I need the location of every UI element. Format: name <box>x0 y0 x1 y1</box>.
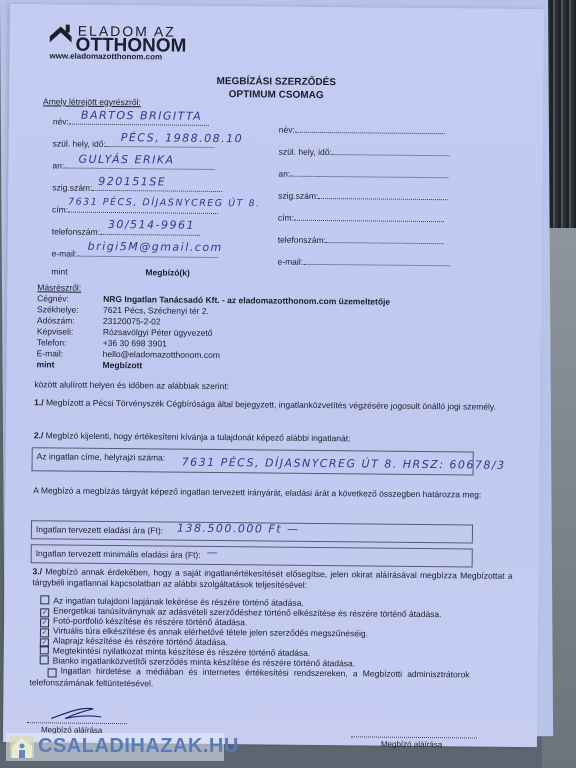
checkbox-unchecked[interactable] <box>40 655 49 664</box>
phone-value[interactable]: 30/514-9961 <box>108 218 195 232</box>
name2-input[interactable] <box>295 123 445 134</box>
tax-value: 23120075-2-02 <box>103 316 161 327</box>
id-value[interactable]: 920151SE <box>98 175 166 189</box>
clause-1: 1./ Megbízott a Pécsi Törvényszék Cégbír… <box>34 397 514 413</box>
company-phone-label: Telefon: <box>37 337 67 347</box>
name-label: név: <box>53 116 69 126</box>
service-item: ✓Ingatlan hirdetése a médiában és intern… <box>29 665 469 692</box>
service-label: Ingatlan hirdetése a médiában és interne… <box>29 666 469 689</box>
clause-3-text: Megbízó annak érdekében, hogy a saját in… <box>32 566 512 590</box>
watermark-text: CSALADIHAZAK.HU <box>38 735 239 758</box>
checkbox-unchecked[interactable] <box>40 595 49 604</box>
checkbox-checked[interactable]: ✓ <box>48 668 57 677</box>
id-label: szig.szám: <box>52 182 92 192</box>
planned-price-value[interactable]: 138.500.000 Ft — <box>177 522 300 536</box>
between-text: között alulírott helyen és időben az alá… <box>34 379 514 395</box>
address-value[interactable]: 7631 PÉCS, DÍJASNYCREG ÚT 8. <box>68 197 261 210</box>
email2-label: e-mail: <box>277 257 303 267</box>
mother2-label: an: <box>278 169 290 179</box>
house-roof-icon <box>50 24 72 46</box>
signature-line-right[interactable] <box>351 735 477 738</box>
email-label: e-mail: <box>52 248 78 258</box>
name-value[interactable]: BARTOS BRIGITTA <box>81 109 202 123</box>
signature-label-right: Megbízó aláírása <box>381 740 442 750</box>
birth-label: szül. hely, idő: <box>53 138 106 149</box>
watermark: CSALADIHAZAK.HU <box>6 733 224 761</box>
clause-1-number: 1./ <box>34 397 44 407</box>
address2-input[interactable] <box>294 211 444 222</box>
planned-price-label: Ingatlan tervezett eladási ára (Ft): <box>36 524 163 535</box>
id2-label: szig.szám: <box>278 191 318 201</box>
min-price-box[interactable]: Ingatlan tervezett minimális eladási ára… <box>31 544 473 567</box>
property-label: Az ingatlan címe, helyrajzi száma: <box>37 451 166 462</box>
company-email-label: E-mail: <box>37 348 64 358</box>
checkbox-unchecked[interactable] <box>40 645 49 654</box>
phone2-input[interactable] <box>326 233 444 244</box>
seat-value: 7621 Pécs, Széchenyi tér 2. <box>103 305 209 316</box>
seat-label: Székhelye: <box>37 304 79 314</box>
mother-value[interactable]: GULYÁS ERIKA <box>78 153 174 167</box>
house-icon <box>10 736 34 758</box>
clause-3-number: 3./ <box>33 566 43 576</box>
price-intro: A Megbízó a megbízás tárgyát képező inga… <box>33 485 513 501</box>
mother-label: an: <box>52 160 64 170</box>
party2-heading: Másrészről: <box>37 282 81 292</box>
mint-label: mint <box>51 266 67 276</box>
phone2-label: telefonszám: <box>278 235 326 245</box>
id2-input[interactable] <box>318 189 448 200</box>
role-label: Megbízó(k) <box>145 267 189 277</box>
company-phone-value: +36 30 698 3901 <box>103 338 167 349</box>
clause-2: 2./ Megbízó kijelenti, hogy értékesíteni… <box>34 430 514 446</box>
mother2-input[interactable] <box>290 167 448 179</box>
birth-value[interactable]: PÉCS, 1988.08.10 <box>121 131 244 145</box>
name2-label: név: <box>279 125 295 135</box>
clause-1-text: Megbízott a Pécsi Törvényszék Cégbíróság… <box>46 397 496 411</box>
signature-scribble <box>47 702 107 725</box>
party1-heading: Amely létrejött egyrészről: <box>43 96 141 107</box>
address-label: cím: <box>52 204 68 214</box>
birth2-input[interactable] <box>332 145 450 156</box>
phone-label: telefonszám: <box>52 226 100 236</box>
clause-3: 3./ Megbízó annak érdekében, hogy a sajá… <box>32 566 512 593</box>
min-price-value[interactable]: — <box>207 546 220 559</box>
contract-page: ELADOM AZ OTTHONOM www.eladomazotthonom.… <box>3 4 544 747</box>
email2-input[interactable] <box>303 255 449 266</box>
company-name-label: Cégnév: <box>37 293 69 303</box>
company-email-value: hello@eladomazotthonom.com <box>103 349 220 360</box>
logo-url: www.eladomazotthonom.com <box>49 51 162 61</box>
email-value[interactable]: brigi5M@gmail.com <box>88 240 223 254</box>
party2-role: Megbízott <box>102 360 142 370</box>
representative-value: Rózsavölgyi Péter ügyvezető <box>103 327 213 338</box>
tax-label: Adószám: <box>37 315 75 325</box>
representative-label: Képviseli: <box>37 326 73 336</box>
party2-mint-label: mint <box>36 359 54 369</box>
clause-2-text: Megbízó kijelenti, hogy értékesíteni kív… <box>46 430 351 443</box>
company-logo: ELADOM AZ OTTHONOM www.eladomazotthonom.… <box>49 20 179 61</box>
clause-2-number: 2./ <box>34 430 44 440</box>
address2-label: cím: <box>278 213 294 223</box>
min-price-label: Ingatlan tervezett minimális eladási ára… <box>36 548 201 560</box>
birth2-label: szül. hely, idő: <box>279 147 332 158</box>
